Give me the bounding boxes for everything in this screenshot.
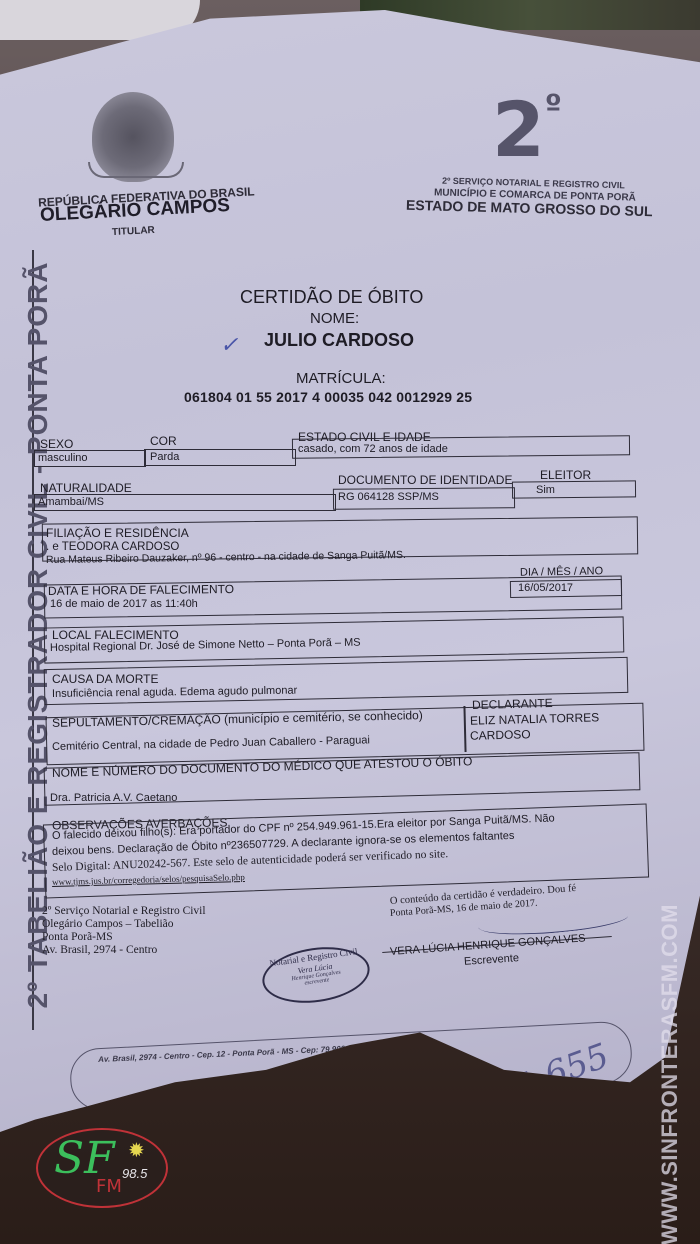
coat-of-arms-ribbon <box>88 162 184 178</box>
sun-icon: ✹ <box>128 1138 145 1163</box>
logo-band: FM <box>96 1176 122 1197</box>
estado-civil-value: casado, com 72 anos de idade <box>298 443 448 455</box>
documento-value: RG 064128 SSP/MS <box>338 491 439 503</box>
data-hora-value: 16 de maio de 2017 as 11:40h <box>50 598 198 610</box>
death-certificate-paper: 2º TABELIÃO E REGISTRADOR CIVIL - PONTA … <box>0 0 700 1244</box>
website-watermark: WWW.SINFRONTERASFM.COM <box>655 945 685 1244</box>
second-office-mark: 2º <box>492 92 562 168</box>
nome-label: NOME: <box>310 310 359 327</box>
declarante-line2: CARDOSO <box>470 727 531 743</box>
filiacao-parents: . e TEODORA CARDOSO <box>46 541 179 553</box>
nome-value: JULIO CARDOSO <box>264 330 414 351</box>
naturalidade-value: Amambai/MS <box>38 496 104 508</box>
medico-value: Dra. Patricia A.V. Caetano <box>50 792 177 804</box>
naturalidade-label: NATURALIDADE <box>40 481 132 495</box>
signer-role: Escrevente <box>464 952 520 968</box>
notary-stamp: Notarial e Registro Civil Vera Lúcia Hen… <box>259 941 373 1010</box>
matricula-value: 061804 01 55 2017 4 00035 042 0012929 25 <box>184 389 472 405</box>
sexo-value: masculino <box>38 452 88 464</box>
office-block-line-3: Ponta Porã-MS <box>42 931 113 943</box>
dia-mes-ano-value: 16/05/2017 <box>518 582 573 594</box>
documento-label: DOCUMENTO DE IDENTIDADE <box>338 473 512 487</box>
office-block-line-1: 2º Serviço Notarial e Registro Civil <box>42 905 206 917</box>
sf-fm-logo: SF ✹ FM 98.5 <box>36 1128 168 1208</box>
big-mark-suffix: º <box>545 89 562 124</box>
eleitor-value: Sim <box>536 484 555 496</box>
attestation-block: O conteúdo da certidão é verdadeiro. Dou… <box>378 888 658 968</box>
matricula-label: MATRÍCULA: <box>296 370 386 387</box>
logo-frequency: 98.5 <box>122 1166 147 1181</box>
big-mark: 2 <box>492 85 545 174</box>
office-block-line-2: Olegário Campos – Tabelião <box>42 918 174 930</box>
eleitor-box <box>512 480 636 498</box>
cor-value: Parda <box>150 451 179 463</box>
registrar-role: TITULAR <box>112 225 155 238</box>
document-title: CERTIDÃO DE ÓBITO <box>240 287 423 308</box>
check-mark-icon: ✓ <box>220 333 238 358</box>
office-block-line-4: Av. Brasil, 2974 - Centro <box>42 944 157 956</box>
